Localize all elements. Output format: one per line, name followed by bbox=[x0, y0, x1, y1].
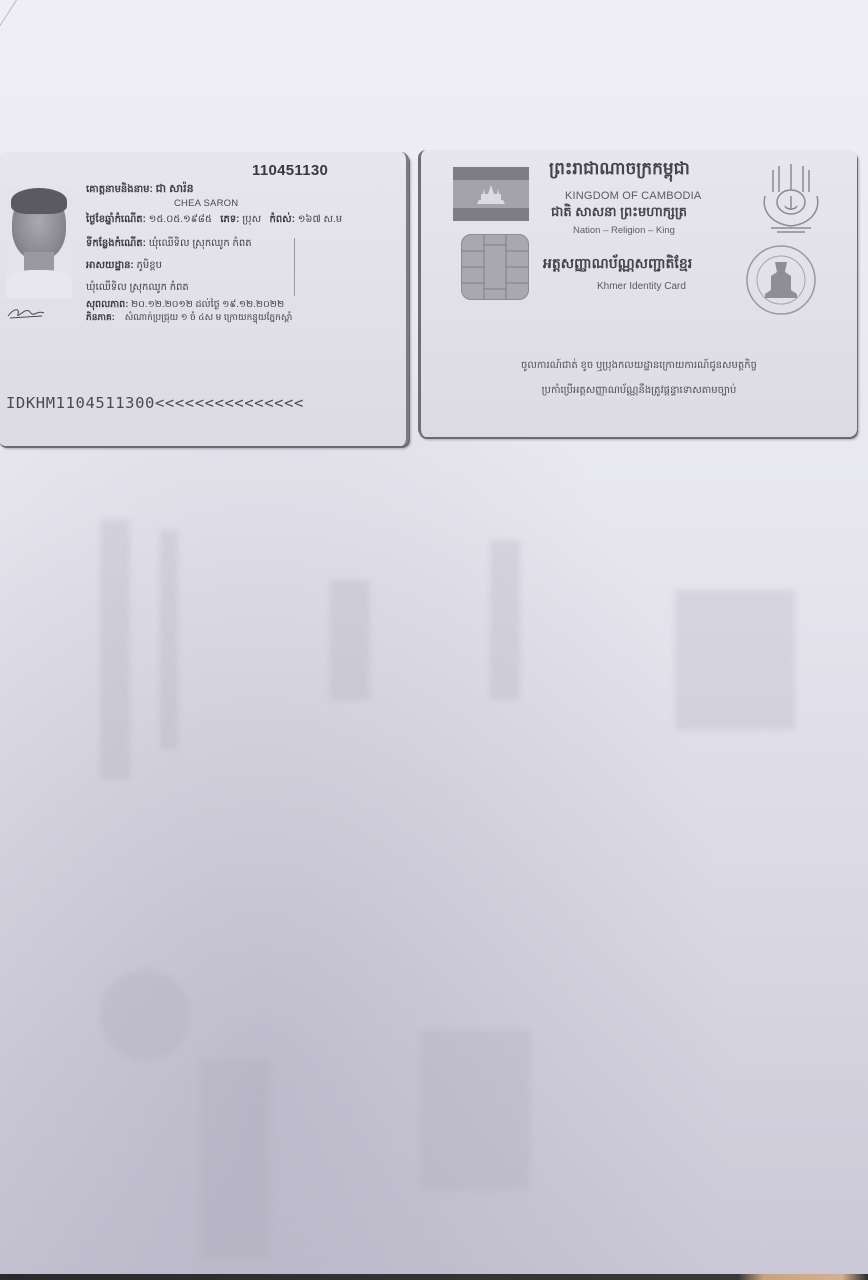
paper-sheet: 110451130 គោត្តនាមនិងនាម: ជា សារ៉ន CHEA … bbox=[0, 0, 868, 1276]
kingdom-title-en: KINGDOM OF CAMBODIA bbox=[565, 190, 701, 202]
card-title-kh: អត្តសញ្ញាណប័ណ្ណសញ្ជាតិខ្មែរ bbox=[543, 254, 692, 275]
table-surface-edge bbox=[0, 1274, 868, 1280]
name-value-kh: ជា សារ៉ន bbox=[156, 183, 194, 195]
features-label: ភិនភាគ: bbox=[86, 312, 115, 322]
show-through-mark bbox=[200, 1060, 270, 1260]
notice-line-1: ចូលការណ៍ជាត់ ខូច ឬប្រុងកលយដ្ឋានក្រោយការណ… bbox=[421, 358, 857, 373]
dob-label: ថ្ងៃខែឆ្នាំកំណើត: bbox=[86, 214, 146, 225]
show-through-mark bbox=[100, 520, 130, 780]
show-through-mark bbox=[675, 590, 795, 730]
notice-line-2: ប្រកាំប្រើអត្តសញ្ញាណប័ណ្ណនឹងត្រូវផ្ដន្ទា… bbox=[421, 383, 857, 398]
fold-crease bbox=[0, 0, 40, 41]
address-line1: ភូមិខ្ពប bbox=[137, 260, 162, 271]
signature-icon bbox=[6, 304, 46, 320]
address-field: អាសយដ្ឋាន: ភូមិខ្ពប bbox=[86, 258, 162, 273]
dob-field: ថ្ងៃខែឆ្នាំកំណើត: ១៥.០៥.១៩៨៥ ភេទ: ប្រុស … bbox=[86, 212, 342, 227]
pob-value: ឃុំឈើទិល ស្រុកឈូក កំពត bbox=[149, 238, 252, 249]
name-latin: CHEA SARON bbox=[174, 198, 238, 209]
id-card-back: ព្រះរាជាណាចក្រកម្ពុជា KINGDOM OF CAMBODI… bbox=[418, 150, 857, 437]
validity-field: សុពលភាព: ២០.១២.២០១២ ដល់ថ្ងៃ ១៩.១២.២០២២ bbox=[86, 298, 284, 312]
height-label: កំពស់: bbox=[269, 214, 295, 225]
card-title-en: Khmer Identity Card bbox=[597, 281, 686, 292]
dob-value: ១៥.០៥.១៩៨៥ bbox=[149, 214, 212, 225]
show-through-mark bbox=[160, 530, 178, 750]
pob-field: ទីកន្លែងកំណើត: ឃុំឈើទិល ស្រុកឈូក កំពត bbox=[86, 236, 252, 251]
ministry-seal-icon bbox=[745, 244, 817, 316]
mrz-line-1: IDKHM1104511300<<<<<<<<<<<<<<< bbox=[6, 392, 304, 414]
motto-en: Nation – Religion – King bbox=[573, 225, 675, 236]
validity-label: សុពលភាព: bbox=[86, 299, 128, 310]
show-through-mark bbox=[100, 970, 190, 1060]
royal-coat-of-arms-icon bbox=[759, 162, 823, 236]
height-value: ១៦៧ ស.ម bbox=[298, 214, 342, 225]
address-label: អាសយដ្ឋាន: bbox=[86, 260, 134, 271]
pob-label: ទីកន្លែងកំណើត: bbox=[86, 238, 146, 249]
show-through-mark bbox=[490, 540, 520, 700]
motto-kh: ជាតិ សាសនា ព្រះមហាក្សត្រ bbox=[551, 204, 687, 223]
id-card-front: 110451130 គោត្តនាមនិងនាម: ជា សារ៉ន CHEA … bbox=[0, 152, 409, 446]
sex-label: ភេទ: bbox=[220, 214, 239, 225]
address-line2: ឃុំឈើទិល ស្រុកឈូក កំពត bbox=[86, 280, 189, 295]
divider-line bbox=[294, 238, 295, 296]
sim-chip-icon bbox=[461, 234, 529, 300]
mrz-zone: IDKHM1104511300<<<<<<<<<<<<<<< 8505154M2… bbox=[6, 348, 304, 446]
show-through-mark bbox=[330, 580, 370, 700]
portrait-photo bbox=[6, 186, 72, 298]
id-number: 110451130 bbox=[252, 162, 328, 179]
name-field: គោត្តនាមនិងនាម: ជា សារ៉ន bbox=[86, 182, 194, 198]
kingdom-title-kh: ព្រះរាជាណាចក្រកម្ពុជា bbox=[549, 158, 690, 183]
features-value: សំណាក់ប្រជ្រុយ ១ ចំ ៤ស ម ក្រោយកន្ទុយភ្នែ… bbox=[125, 312, 293, 322]
sex-value: ប្រុស bbox=[242, 214, 261, 225]
name-label: គោត្តនាមនិងនាម: bbox=[86, 184, 153, 195]
features-field: ភិនភាគ: សំណាក់ប្រជ្រុយ ១ ចំ ៤ស ម ក្រោយកន… bbox=[86, 312, 292, 325]
cambodia-flag-icon bbox=[453, 167, 529, 221]
show-through-mark bbox=[420, 1030, 530, 1190]
validity-value: ២០.១២.២០១២ ដល់ថ្ងៃ ១៩.១២.២០២២ bbox=[131, 299, 284, 310]
